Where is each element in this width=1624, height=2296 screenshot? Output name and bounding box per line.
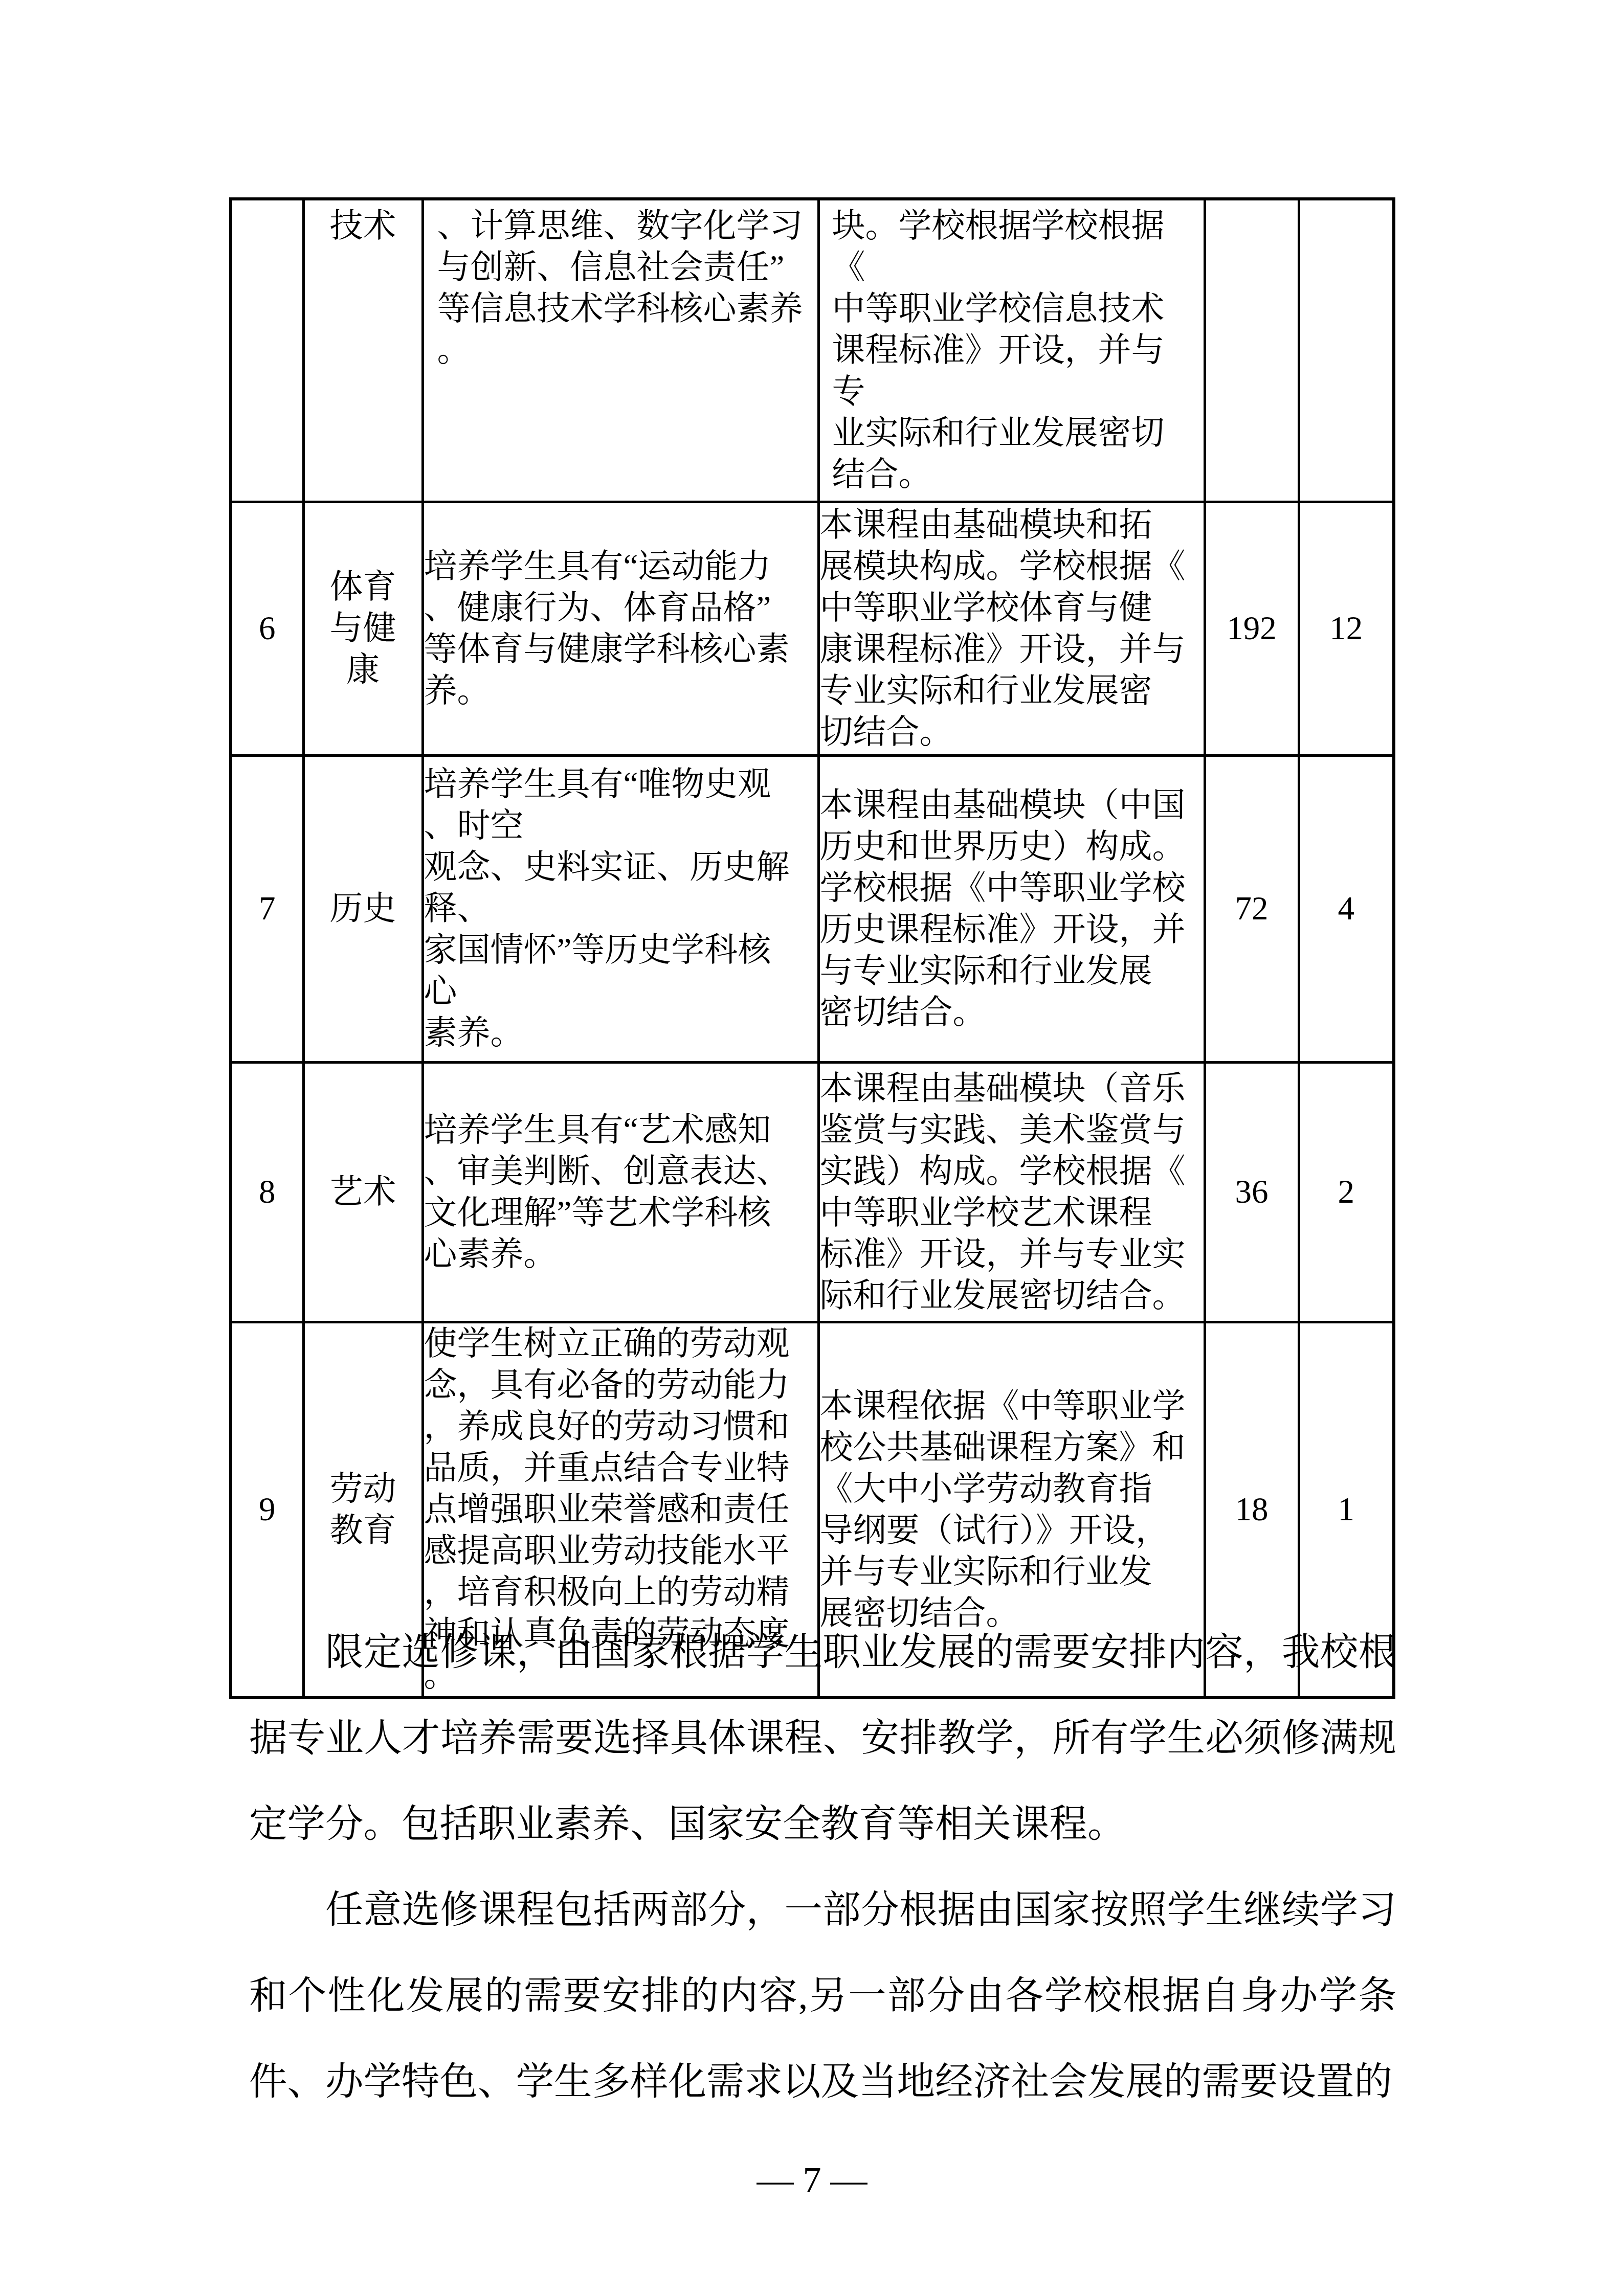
row-number-cell bbox=[231, 199, 303, 502]
description-cell: 培养学生具有“唯物史观 、时空 观念、史料实证、历史解 释、 家国情怀”等历史学… bbox=[422, 756, 818, 1063]
description-cell: 培养学生具有“艺术感知 、审美判断、创意表达、 文化理解”等艺术学科核 心素养。 bbox=[422, 1063, 818, 1322]
course-table: 技术 、计算思维、数字化学习 与创新、信息社会责任” 等信息技术学科核心素养 。… bbox=[229, 197, 1395, 1699]
subject-cell: 艺术 bbox=[303, 1063, 422, 1322]
paragraph: 限定选修课，由国家根据学生职业发展的需要安排内容，我校根据专业人才培养需要选择具… bbox=[249, 1610, 1396, 1867]
requirement-cell: 本课程由基础模块（中国 历史和世界历史）构成。 学校根据《中等职业学校 历史课程… bbox=[818, 756, 1205, 1063]
hours-cell: 36 bbox=[1205, 1063, 1299, 1322]
subject-cell: 技术 bbox=[303, 199, 422, 502]
description-cell: 培养学生具有“运动能力 、健康行为、体育品格” 等体育与健康学科核心素 养。 bbox=[422, 502, 818, 756]
hours-cell: 72 bbox=[1205, 756, 1299, 1063]
row-number-cell: 8 bbox=[231, 1063, 303, 1322]
hours-cell: 192 bbox=[1205, 502, 1299, 756]
row-number-cell: 7 bbox=[231, 756, 303, 1063]
table-row: 7 历史 培养学生具有“唯物史观 、时空 观念、史料实证、历史解 释、 家国情怀… bbox=[231, 756, 1394, 1063]
credits-cell: 4 bbox=[1299, 756, 1394, 1063]
page-number: — 7 — bbox=[0, 2137, 1624, 2223]
credits-cell bbox=[1299, 199, 1394, 502]
requirement-cell: 本课程由基础模块（音乐 鉴赏与实践、美术鉴赏与 实践）构成。学校根据《 中等职业… bbox=[818, 1063, 1205, 1322]
credits-cell: 2 bbox=[1299, 1063, 1394, 1322]
hours-cell bbox=[1205, 199, 1299, 502]
body-text-block: 限定选修课，由国家根据学生职业发展的需要安排内容，我校根据专业人才培养需要选择具… bbox=[249, 1610, 1396, 2125]
table-row: 8 艺术 培养学生具有“艺术感知 、审美判断、创意表达、 文化理解”等艺术学科核… bbox=[231, 1063, 1394, 1322]
table-row: 6 体育 与健 康 培养学生具有“运动能力 、健康行为、体育品格” 等体育与健康… bbox=[231, 502, 1394, 756]
row-number-cell: 6 bbox=[231, 502, 303, 756]
table-row: 技术 、计算思维、数字化学习 与创新、信息社会责任” 等信息技术学科核心素养 。… bbox=[231, 199, 1394, 502]
subject-cell: 历史 bbox=[303, 756, 422, 1063]
requirement-cell: 块。学校根据学校根据《 中等职业学校信息技术 课程标准》开设，并与专 业实际和行… bbox=[818, 199, 1205, 502]
requirement-cell: 本课程由基础模块和拓 展模块构成。学校根据《 中等职业学校体育与健 康课程标准》… bbox=[818, 502, 1205, 756]
credits-cell: 12 bbox=[1299, 502, 1394, 756]
subject-cell: 体育 与健 康 bbox=[303, 502, 422, 756]
paragraph: 任意选修课程包括两部分，一部分根据由国家按照学生继续学习和个性化发展的需要安排的… bbox=[249, 1867, 1396, 2125]
description-cell: 、计算思维、数字化学习 与创新、信息社会责任” 等信息技术学科核心素养 。 bbox=[422, 199, 818, 502]
document-page: 技术 、计算思维、数字化学习 与创新、信息社会责任” 等信息技术学科核心素养 。… bbox=[0, 0, 1624, 2296]
